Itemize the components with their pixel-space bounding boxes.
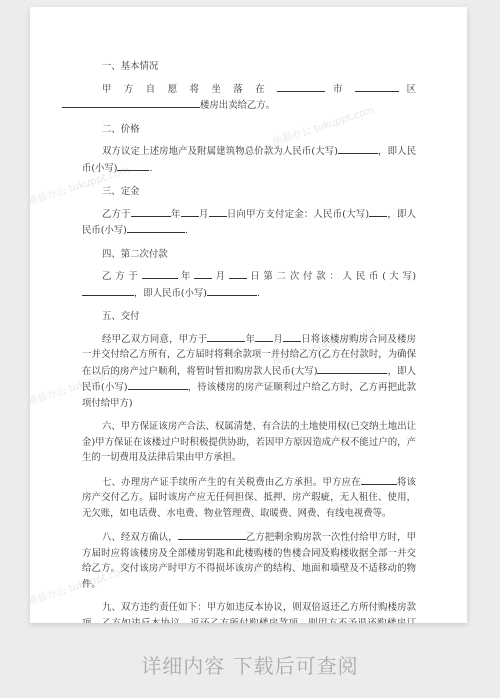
blank-field[interactable] [207, 331, 245, 342]
clause-7: 七、办理房产证手续所产生的有关税费由乙方承担。甲方应在将该房产交付乙方。届时该房… [82, 474, 416, 522]
section-heading: 四、第二次付款 [102, 247, 416, 263]
blank-field[interactable] [355, 81, 399, 92]
section-paragraph: 双方议定上述房地产及附属建筑物总价款为人民币(大写)，即人民币(小写). [82, 143, 416, 176]
section-paragraph: 乙 方 于 年 月 日 第 二 次 付 款 ： 人 民 币 ( 大 写)，即人民… [82, 268, 416, 301]
blank-field[interactable] [229, 268, 247, 279]
blank-field[interactable] [338, 143, 378, 154]
blank-field[interactable] [207, 285, 257, 296]
blank-field[interactable] [181, 206, 199, 217]
document-page: 熊猫办公 tukuppt.com 熊猫办公 tukuppt.com 熊猫办公 t… [30, 7, 467, 623]
download-prompt[interactable]: 详细内容 下载后可查阅 [0, 650, 500, 679]
section-paragraph: 乙方于年月日向甲方支付定金：人民币(大写)，即人民币(小写). [82, 206, 416, 239]
blank-field[interactable] [131, 206, 171, 217]
section-heading: 一、基本情况 [102, 59, 416, 75]
blank-field[interactable] [127, 222, 185, 233]
blank-field[interactable] [317, 363, 387, 374]
blank-field[interactable] [255, 331, 273, 342]
blank-field[interactable] [178, 529, 246, 540]
clause-6: 六、甲方保证该房产合法、权属清楚、有合法的土地使用权(已交纳土地出让金)甲方保证… [82, 419, 416, 466]
section-heading: 五、交付 [102, 309, 416, 325]
blank-field[interactable] [277, 81, 325, 92]
blank-field[interactable] [283, 331, 301, 342]
blank-field[interactable] [128, 379, 188, 390]
blank-field[interactable] [194, 268, 212, 279]
section-heading: 二、价格 [102, 122, 416, 138]
section-heading: 三、定金 [102, 184, 416, 200]
blank-field[interactable] [117, 160, 149, 171]
blank-field[interactable] [369, 206, 387, 217]
section-paragraph: 经甲乙双方同意，甲方于年月日将该楼房购房合同及楼房一并交付给乙方所有，乙方届时将… [82, 331, 416, 412]
clause-9: 九、双方违约责任如下：甲方如违反本协议，则双倍返还乙方所付购楼房款项。乙方如违反… [82, 600, 416, 623]
blank-field[interactable] [361, 474, 397, 485]
blank-field[interactable] [142, 268, 178, 279]
clause-8: 八、经双方确认，乙方把剩余购房款一次性付给甲方时，甲方届时应将该楼房及全部楼房钥… [82, 529, 416, 592]
section-paragraph: 甲 方 自 愿 将 坐 落 在 市 区 楼房出卖给乙方。 [82, 81, 416, 114]
blank-field[interactable] [62, 97, 200, 108]
document-body: 一、基本情况 甲 方 自 愿 将 坐 落 在 市 区 楼房出卖给乙方。 二、价格… [82, 59, 416, 623]
blank-field[interactable] [209, 206, 227, 217]
blank-field[interactable] [82, 285, 134, 296]
